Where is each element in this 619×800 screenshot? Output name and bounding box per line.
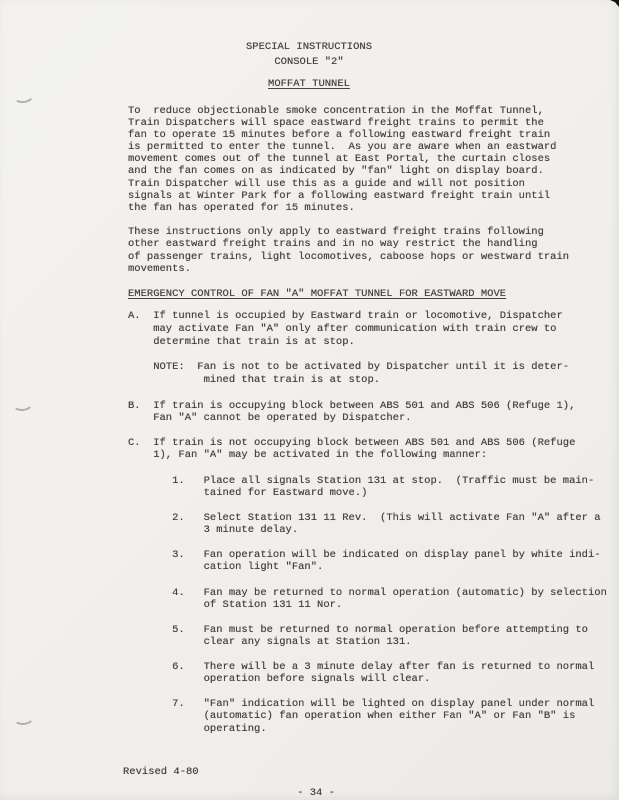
section-heading-moffat-tunnel: MOFFAT TUNNEL — [128, 78, 490, 90]
scan-curl-mark-top — [12, 87, 35, 105]
note-block: NOTE: Fan is not to be activated by Disp… — [128, 361, 569, 387]
numbered-step-1: 1. Place all signals Station 131 at stop… — [128, 475, 594, 500]
numbered-step-4: 4. Fan may be returned to normal operati… — [128, 587, 607, 612]
numbered-step-5: 5. Fan must be returned to normal operat… — [128, 624, 588, 649]
list-item-b: B. If train is occupying block between A… — [128, 400, 575, 425]
numbered-step-7: 7. "Fan" indication will be lighted on d… — [128, 698, 594, 735]
document-title: SPECIAL INSTRUCTIONS CONSOLE "2" — [128, 40, 490, 69]
emergency-heading-text: EMERGENCY CONTROL OF FAN "A" MOFFAT TUNN… — [128, 288, 506, 300]
moffat-heading-text: MOFFAT TUNNEL — [268, 78, 350, 90]
paragraph-instructions-apply: These instructions only apply to eastwar… — [128, 226, 569, 275]
numbered-step-3: 3. Fan operation will be indicated on di… — [128, 549, 601, 574]
numbered-step-2: 2. Select Station 131 11 Rev. (This will… — [128, 512, 601, 537]
list-item-a: A. If tunnel is occupied by Eastward tra… — [128, 310, 563, 348]
corner-scan-artifact — [610, 0, 619, 7]
page-number: - 34 - — [128, 787, 504, 799]
scan-curl-mark-middle — [11, 395, 33, 412]
scan-curl-mark-bottom — [12, 709, 34, 726]
section-heading-emergency-control: EMERGENCY CONTROL OF FAN "A" MOFFAT TUNN… — [128, 288, 506, 300]
scanned-document-page: SPECIAL INSTRUCTIONS CONSOLE "2" MOFFAT … — [0, 0, 619, 800]
paragraph-smoke-concentration: To reduce objectionable smoke concentrat… — [128, 105, 556, 214]
numbered-step-6: 6. There will be a 3 minute delay after … — [128, 661, 594, 686]
list-item-c: C. If train is not occupying block betwe… — [128, 437, 575, 462]
revision-note: Revised 4-80 — [123, 766, 199, 778]
document-body: SPECIAL INSTRUCTIONS CONSOLE "2" MOFFAT … — [128, 0, 608, 800]
